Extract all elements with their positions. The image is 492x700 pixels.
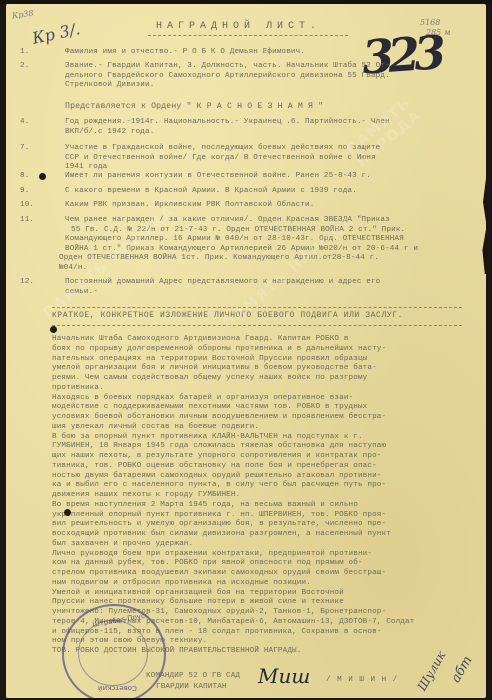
field-number: 7. (20, 144, 38, 154)
field-line: Год рождения.-1914г. Национальность.- Ук… (65, 118, 390, 128)
official-stamp: Штрабат-Прусс Советский (62, 604, 166, 698)
narrative-line: шия увлекал личный состав на боевые подв… (52, 423, 414, 433)
narrative-line: Находясь в боевых порядках батарей и орг… (52, 394, 414, 404)
narrative-line: вил решительность и умелую организацию б… (52, 520, 414, 530)
narrative-line: противника. (52, 384, 414, 394)
field-line: Каким РВК призван. Иркливским РВК Полтав… (65, 201, 314, 211)
narrative-line: восходящий противник был силами дивизион… (52, 530, 414, 540)
narrative-line: ком на данный рубеж, тов. РОБКО при явно… (52, 559, 414, 569)
narrative-line: пательных операциях на территории Восточ… (52, 355, 414, 365)
field-line: 55 Гв. С.Д. № 22/н от 21-7-43 г. Орден О… (65, 226, 418, 236)
ink-blot (50, 326, 57, 333)
field-line: Стрелковой Дивизии. (65, 81, 390, 91)
signature-rank: ГВАРДИИ КАПИТАН (156, 683, 227, 693)
paper-tear-edge (480, 154, 486, 274)
narrative-line: Лично руководя боем при отражении контра… (52, 550, 414, 560)
signature-name: / М И Ш И Н / (326, 676, 398, 686)
commander-signature: Миш (258, 664, 310, 688)
stamp-inner-ring (78, 620, 148, 686)
corner-pencil-note: Кр38 (11, 9, 34, 21)
field-line: С какого времени в Красной Армии. В Крас… (65, 187, 357, 197)
field-line: Имеет ли ранения контузии в Отечественно… (65, 172, 371, 182)
narrative-line: был захвачен и прочно удержан. (52, 540, 414, 550)
handwritten-signature-right: Шулик (415, 649, 449, 693)
field-number: 8. (20, 172, 38, 182)
narrative-line: реями. Чем самым содействовал общему усп… (52, 374, 414, 384)
field-text: Фамилия имя и отчество.- Р О Б К О Демья… (65, 48, 305, 58)
ink-blot (39, 173, 46, 180)
field-number: 12. (20, 278, 38, 288)
narrative-line: Во время наступления 2 Марта 1945 года, … (52, 501, 414, 511)
field-number: 1. (20, 48, 38, 58)
narrative-line: умелой организации боя и личной инициати… (52, 364, 414, 374)
field-line: семьи.- (65, 288, 380, 298)
narrative-line: ка и выбил его с населенного пункта, в с… (52, 481, 414, 491)
section-rule-bottom (52, 325, 462, 326)
narrative-line: тивника, тов. РОБКО оценив обстановку на… (52, 462, 414, 472)
narrative-line: боях по прорыву долговременной обороны п… (52, 345, 414, 355)
field-number: 11. (20, 216, 38, 226)
category-mark: Кр 3/. (31, 19, 82, 48)
field-line: ВКП/б/.с 1942 года. (65, 128, 390, 138)
narrative-line: ным подвигом и отбросил противника на ис… (52, 579, 414, 589)
field-line: Участие в Гражданской войне, последующих… (65, 144, 380, 154)
award-sheet-page: Кр38 Кр 3/. НАГРАДНОЙ ЛИСТ. 5168 285 м 3… (6, 4, 486, 698)
field-number: 2. (20, 62, 38, 72)
field-line: дельного Гвардейского Самоходного Артилл… (65, 72, 390, 82)
field-number: 10. (20, 201, 38, 211)
field-number: 9. (20, 187, 38, 197)
narrative-line: ностью двумя батареями самоходных орудий… (52, 472, 414, 482)
field-line: ССР и Отечественной войне/ Где когда/ В … (65, 154, 380, 164)
narrative-line: Начальник Штаба Самоходного Артдивизиона… (52, 335, 414, 345)
narrative-line: В бою за опорный пункт противника КЛАЙН-… (52, 433, 414, 443)
field-number: 4. (20, 118, 38, 128)
handwritten-signature-right2: абт (449, 654, 476, 686)
narrative-line: условиях боевой обстановки личным воодуш… (52, 413, 414, 423)
field-line: Постоянный домашний Адрес представляемог… (65, 278, 380, 288)
ink-blot (64, 509, 71, 516)
field-line: Представляется к Ордену " К Р А С Н О Е … (65, 102, 323, 112)
stamp-bottom-text: Советский (98, 684, 137, 692)
field-line: Чем ранее награжден / за какие отличия/.… (65, 216, 418, 226)
narrative-line: укрепленный опорный пункт противника г. … (52, 511, 414, 521)
field-line: Звание.- Гвардии Капитан, 3. Должность, … (65, 62, 390, 72)
narrative-line: ГУМБИНЕН, 18 Января 1945 года сложилась … (52, 442, 414, 452)
narrative-line: Умелой и инициативной организацией боя н… (52, 589, 414, 599)
narrative-line: стрелом противника воодушевил экипажи са… (52, 569, 414, 579)
narrative-line: щих наших пехоты, в результате упорного … (52, 452, 414, 462)
title-underline (148, 35, 348, 36)
narrative-line: модействие с поддерживаемыми пехотными ч… (52, 403, 414, 413)
narrative-line: движения наших пехоты к городу ГУМБИНЕН. (52, 491, 414, 501)
document-title: НАГРАДНОЙ ЛИСТ. (156, 21, 321, 32)
